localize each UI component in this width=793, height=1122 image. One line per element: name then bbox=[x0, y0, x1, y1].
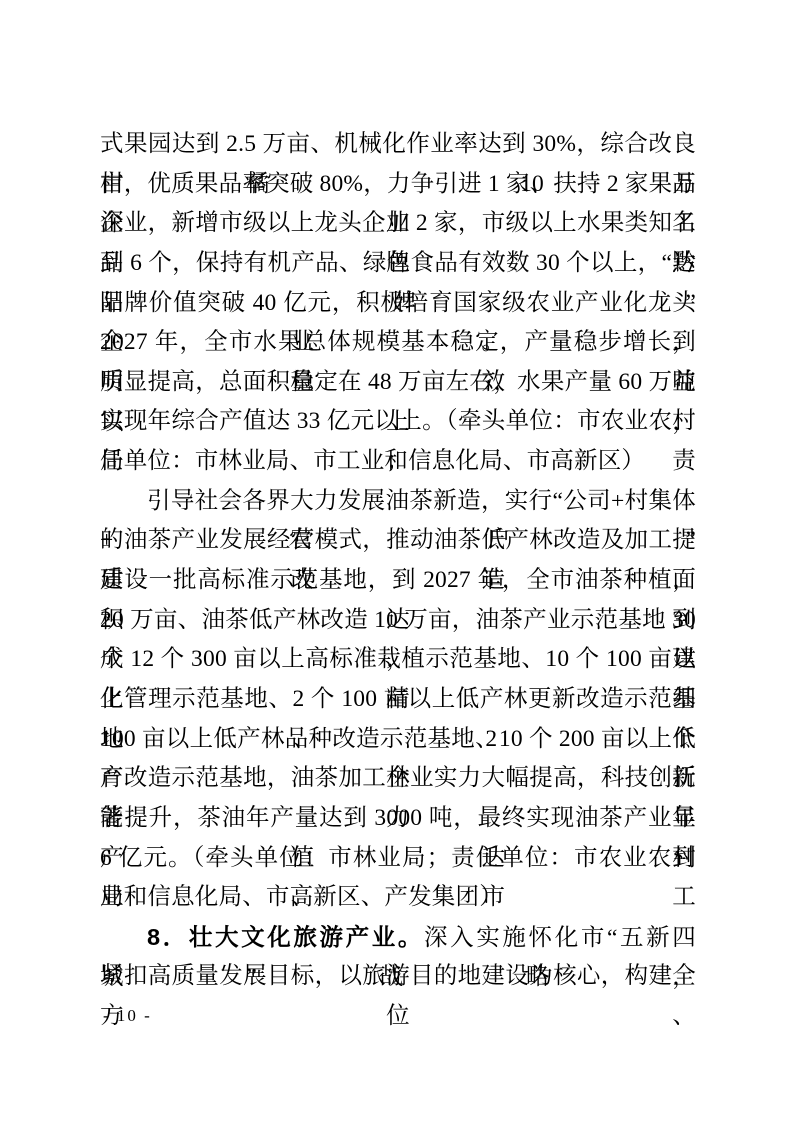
text-line: 实现年综合产值达 33 亿元以上。（牵头单位：市农业农村局；责 bbox=[100, 402, 696, 442]
text-line: 建设一批高标准示范基地，到 2027 年，全市油茶种植面积达到 bbox=[100, 561, 696, 601]
text-line: 化管理示范基地、2 个 100 亩以上低产林更新改造示范基地、2 个 bbox=[100, 680, 696, 720]
text-line: 明显提高，总面积稳定在 48 万亩左右，水果产量 60 万吨以上， bbox=[100, 363, 696, 403]
text-line: 2027 年，全市水果总体规模基本稳定，产量稳步增长，质量效益 bbox=[100, 323, 696, 363]
paragraph-heading: 8．壮大文化旅游产业。 bbox=[147, 924, 424, 950]
text-line: 成 12 个 300 亩以上高标准栽植示范基地、10 个 100 亩以上精细 bbox=[100, 640, 696, 680]
text-line: 到 6 个，保持有机产品、绿色食品有效数 30 个以上，“黔阳牌” bbox=[100, 244, 696, 284]
text-line: 式果园达到 2.5 万亩、机械化作业率达到 30%，综合改良柑橘 10 万 bbox=[100, 125, 696, 165]
text-line: 紧扣高质量发展目标，以旅游目的地建设为核心，构建全方位、 bbox=[100, 957, 696, 997]
text-line: 育改造示范基地，油茶加工企业实力大幅提高，科技创新能力显 bbox=[100, 759, 696, 799]
text-line: 的油茶产业发展经营模式，推动油茶低产林改造及加工提质改造， bbox=[100, 521, 696, 561]
body-text: 式果园达到 2.5 万亩、机械化作业率达到 30%，综合改良柑橘 10 万 亩，… bbox=[100, 125, 696, 997]
text-line: 20 万亩、油茶低产林改造 10 万亩，油茶产业示范基地 30 个，建 bbox=[100, 601, 696, 641]
text-line: 企业，新增市级以上龙头企业 2 家，市级以上水果类知名品牌达 bbox=[100, 204, 696, 244]
text-line: 6 亿元。（牵头单位：市林业局；责任单位：市农业农村局、市工 bbox=[100, 839, 696, 879]
text-line: 品牌价值突破 40 亿元，积极培育国家级农业产业化龙头企业。到 bbox=[100, 284, 696, 324]
text-line: 著提升，茶油年产量达到 3000 吨，最终实现油茶产业年产值达到 bbox=[100, 799, 696, 839]
text-line: 任单位：市林业局、市工业和信息化局、市高新区） bbox=[100, 442, 696, 482]
text-line: 8．壮大文化旅游产业。深入实施怀化市“五新四城”战略， bbox=[100, 918, 696, 958]
text-line: 亩，优质果品率突破 80%，力争引进 1 家、扶持 2 家果品深加工 bbox=[100, 165, 696, 205]
text-line: 引导社会各界大力发展油茶新造，实行“公司+村集体+农户” bbox=[100, 482, 696, 522]
document-page: 式果园达到 2.5 万亩、机械化作业率达到 30%，综合改良柑橘 10 万 亩，… bbox=[0, 0, 793, 1122]
page-number: - 10 - bbox=[103, 1005, 152, 1027]
text-line: 100 亩以上低产林品种改造示范基地、10 个 200 亩以上低产林抚 bbox=[100, 720, 696, 760]
